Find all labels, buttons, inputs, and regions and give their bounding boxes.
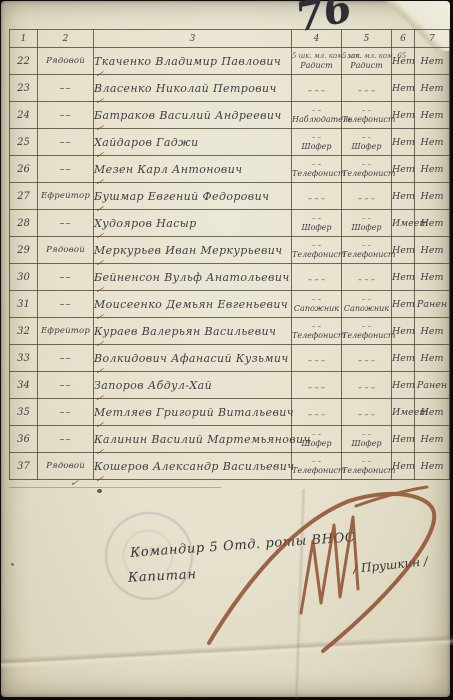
col4-top-text: – – – xyxy=(292,356,341,365)
name-cell: ✓Бейненсон Вульф Анатольевич xyxy=(94,264,292,291)
column-header: 1 xyxy=(10,30,38,48)
col4-cell: – – Телефонист xyxy=(292,156,342,183)
col5-cell: – – Телефонист xyxy=(342,156,392,183)
person-name: Кошеров Александр Васильевич xyxy=(94,460,294,473)
col5-cell: – – Шофер xyxy=(342,210,392,237)
column-header: 2 xyxy=(38,30,94,48)
col7-cell: Нет xyxy=(415,129,450,156)
col6-cell: Нет xyxy=(392,426,415,453)
col4-top-text: – – xyxy=(292,457,341,466)
col4-top-text: – – xyxy=(292,322,341,331)
row-number: 27 xyxy=(10,183,38,210)
name-cell: ✓Худояров Насыр xyxy=(94,210,292,237)
table-row: 35 –– ✓Метляев Григорий Витальевич – – –… xyxy=(10,399,450,426)
name-cell: ✓Бушмар Евгений Федорович xyxy=(94,183,292,210)
col4-cell: – – Шофер xyxy=(292,129,342,156)
col7-cell: Нет xyxy=(415,453,450,480)
col5-cell: – – – xyxy=(342,345,392,372)
col4-specialty: Радист xyxy=(292,61,341,71)
col6-cell: Имеет xyxy=(392,399,415,426)
col7-cell: Нет xyxy=(415,75,450,102)
scan-background: 76 1234567 22 Рядовой ✓Ткаченко Владимир… xyxy=(0,0,453,700)
col5-top-text: – – xyxy=(342,133,391,142)
person-name: Меркурьев Иван Меркурьевич xyxy=(94,244,283,257)
rank-cell: –– xyxy=(38,102,94,129)
col4-cell: 5 шк. мл. ком. зап. Радист xyxy=(292,48,342,75)
col4-specialty: Наблюдатель xyxy=(292,115,341,125)
name-cell: ✓Кураев Валерьян Васильевич xyxy=(94,318,292,345)
table-row: 33 –– ✓Волкидович Афанасий Кузьмич – – –… xyxy=(10,345,450,372)
col6-cell: Нет xyxy=(392,75,415,102)
column-header: 6 xyxy=(392,30,415,48)
roster-table: 1234567 22 Рядовой ✓Ткаченко Владимир Па… xyxy=(9,29,450,480)
col4-top-text: – – – xyxy=(292,194,341,203)
col4-cell: – – Наблюдатель xyxy=(292,102,342,129)
col5-cell: – – Шофер xyxy=(342,129,392,156)
table-row: 27 Ефрейтор ✓Бушмар Евгений Федорович – … xyxy=(10,183,450,210)
column-header: 5 xyxy=(342,30,392,48)
col4-specialty: Шофер xyxy=(292,223,341,233)
col5-specialty: Шофер xyxy=(342,142,391,152)
col4-cell: – – – xyxy=(292,372,342,399)
row-number: 24 xyxy=(10,102,38,129)
col5-top-text: – – xyxy=(342,295,391,304)
row-number: 32 xyxy=(10,318,38,345)
rank-cell: –– xyxy=(38,291,94,318)
col5-top-text: 5 шк. мл. ком. 65 xyxy=(342,52,391,61)
row-number: 33 xyxy=(10,345,38,372)
table-row: 28 –– ✓Худояров Насыр – – Шофер – – Шофе… xyxy=(10,210,450,237)
col7-cell: Нет xyxy=(415,183,450,210)
col5-cell: 5 шк. мл. ком. 65 Радист xyxy=(342,48,392,75)
col5-top-text: – – xyxy=(342,457,391,466)
col4-top-text: – – xyxy=(292,133,341,142)
col5-cell: – – – xyxy=(342,183,392,210)
rank-cell: –– xyxy=(38,426,94,453)
col7-cell: Ранен xyxy=(415,372,450,399)
col7-cell: Ранен xyxy=(415,291,450,318)
col5-top-text: – – xyxy=(342,322,391,331)
person-name: Калинин Василий Мартемьянович xyxy=(94,433,311,446)
rank-cell: –– xyxy=(38,372,94,399)
col6-cell: Нет xyxy=(392,372,415,399)
col5-top-text: – – xyxy=(342,214,391,223)
col4-specialty: Телефонист xyxy=(292,250,341,260)
col6-cell: Нет xyxy=(392,183,415,210)
col4-cell: – – Телефонист xyxy=(292,318,342,345)
ruled-line xyxy=(9,487,221,488)
person-name: Волкидович Афанасий Кузьмич xyxy=(94,352,289,365)
col7-cell: Нет xyxy=(415,156,450,183)
row-number: 37 xyxy=(10,453,38,480)
name-cell: ✓Запоров Абдул-Хай xyxy=(94,372,292,399)
col5-cell: – – Телефонист xyxy=(342,102,392,129)
col7-cell: Нет xyxy=(415,318,450,345)
ink-speck xyxy=(97,489,102,493)
name-cell: ✓Меркурьев Иван Меркурьевич xyxy=(94,237,292,264)
col5-top-text: – – – xyxy=(342,194,391,203)
row-number: 25 xyxy=(10,129,38,156)
person-name: Моисеенко Демьян Евгеньевич xyxy=(94,298,288,311)
name-cell: ✓Хайдаров Гаджи xyxy=(94,129,292,156)
col4-top-text: – – – xyxy=(292,383,341,392)
col4-top-text: – – xyxy=(292,214,341,223)
col5-specialty: Телефонист xyxy=(342,115,391,125)
col5-top-text: – – xyxy=(342,430,391,439)
name-cell: ✓Батраков Василий Андреевич xyxy=(94,102,292,129)
person-name: Ткаченко Владимир Павлович xyxy=(94,55,281,68)
col6-cell: Имеет xyxy=(392,210,415,237)
col5-cell: – – Сапожник xyxy=(342,291,392,318)
red-checkmark-icon: ✓ xyxy=(94,474,106,486)
person-name: Бейненсон Вульф Анатольевич xyxy=(94,271,290,284)
person-name: Мезен Карл Антонович xyxy=(94,163,242,176)
name-cell: ✓Калинин Василий Мартемьянович xyxy=(94,426,292,453)
col4-cell: – – Телефонист xyxy=(292,237,342,264)
table-row: 37 Рядовой ✓Кошеров Александр Васильевич… xyxy=(10,453,450,480)
col5-specialty: Телефонист xyxy=(342,331,391,341)
col5-cell: – – – xyxy=(342,264,392,291)
rank-cell: Рядовой xyxy=(38,48,94,75)
table-row: 31 –– ✓Моисеенко Демьян Евгеньевич – – С… xyxy=(10,291,450,318)
table-row: 30 –– ✓Бейненсон Вульф Анатольевич – – –… xyxy=(10,264,450,291)
col5-cell: – – – xyxy=(342,75,392,102)
col5-specialty: Телефонист xyxy=(342,169,391,179)
name-cell: ✓Моисеенко Демьян Евгеньевич xyxy=(94,291,292,318)
row-number: 30 xyxy=(10,264,38,291)
col4-cell: – – – xyxy=(292,345,342,372)
commander-surname: / Прушкин / xyxy=(352,554,428,576)
col6-cell: Нет xyxy=(392,237,415,264)
col5-specialty: Шофер xyxy=(342,439,391,449)
col4-specialty: Телефонист xyxy=(292,466,341,476)
col4-cell: – – Сапожник xyxy=(292,291,342,318)
header-row: 1234567 xyxy=(10,30,450,48)
table-row: 26 –– ✓Мезен Карл Антонович – – Телефони… xyxy=(10,156,450,183)
roster-rows: 22 Рядовой ✓Ткаченко Владимир Павлович 5… xyxy=(10,48,450,480)
rank-cell: –– xyxy=(38,399,94,426)
col4-top-text: – – – xyxy=(292,275,341,284)
table-row: 34 –– ✓Запоров Абдул-Хай – – – – – – Нет… xyxy=(10,372,450,399)
row-number: 34 xyxy=(10,372,38,399)
signature-block: ВНОС Командир 5 Отд. роты ВНОС Капитан /… xyxy=(1,496,453,656)
col4-top-text: – – xyxy=(292,160,341,169)
col6-cell: Нет xyxy=(392,453,415,480)
col5-top-text: – – – xyxy=(342,383,391,392)
name-cell: ✓Ткаченко Владимир Павлович xyxy=(94,48,292,75)
rank-cell: Рядовой xyxy=(38,237,94,264)
rank-cell: –– xyxy=(38,210,94,237)
row-number: 26 xyxy=(10,156,38,183)
col4-top-text: – – xyxy=(292,430,341,439)
name-cell: ✓Метляев Григорий Витальевич xyxy=(94,399,292,426)
col6-cell: Нет xyxy=(392,318,415,345)
col4-cell: – – – xyxy=(292,264,342,291)
col5-top-text: – – – xyxy=(342,356,391,365)
rank-cell: –– xyxy=(38,75,94,102)
col5-specialty: Сапожник xyxy=(342,304,391,314)
name-cell: ✓Мезен Карл Антонович xyxy=(94,156,292,183)
col4-top-text: – – xyxy=(292,241,341,250)
rank-cell: –– xyxy=(38,156,94,183)
table-row: 23 –– ✓Власенко Николай Петрович – – – –… xyxy=(10,75,450,102)
person-name: Бушмар Евгений Федорович xyxy=(94,190,269,203)
row-number: 23 xyxy=(10,75,38,102)
row-number: 35 xyxy=(10,399,38,426)
col6-cell: Нет xyxy=(392,264,415,291)
table-row: 25 –– ✓Хайдаров Гаджи – – Шофер – – Шофе… xyxy=(10,129,450,156)
rank-cell: –– xyxy=(38,129,94,156)
col5-specialty: Телефонист xyxy=(342,466,391,476)
rank-cell: Рядовой xyxy=(38,453,94,480)
col7-cell: Нет xyxy=(415,426,450,453)
col4-top-text: – – xyxy=(292,106,341,115)
col4-cell: – – – xyxy=(292,183,342,210)
col4-top-text: 5 шк. мл. ком. зап. xyxy=(292,52,341,61)
col5-top-text: – – – xyxy=(342,410,391,419)
table-row: 24 –– ✓Батраков Василий Андреевич – – На… xyxy=(10,102,450,129)
col5-top-text: – – xyxy=(342,160,391,169)
col4-cell: – – Телефонист xyxy=(292,453,342,480)
row-number: 28 xyxy=(10,210,38,237)
commander-rank: Капитан xyxy=(128,567,198,586)
col4-cell: – – – xyxy=(292,399,342,426)
name-cell: ✓Волкидович Афанасий Кузьмич xyxy=(94,345,292,372)
col5-top-text: – – – xyxy=(342,86,391,95)
col5-top-text: – – xyxy=(342,106,391,115)
col5-cell: – – – xyxy=(342,372,392,399)
col4-top-text: – – xyxy=(292,295,341,304)
column-header: 3 xyxy=(94,30,292,48)
col5-cell: – – Телефонист xyxy=(342,318,392,345)
col5-top-text: – – xyxy=(342,241,391,250)
person-name: Кураев Валерьян Васильевич xyxy=(94,325,276,338)
col5-cell: – – – xyxy=(342,399,392,426)
col5-cell: – – Шофер xyxy=(342,426,392,453)
col5-cell: – – Телефонист xyxy=(342,453,392,480)
col7-cell: Нет xyxy=(415,264,450,291)
rank-cell: Ефрейтор xyxy=(38,318,94,345)
row-number: 22 xyxy=(10,48,38,75)
col4-top-text: – – – xyxy=(292,410,341,419)
col6-cell: Нет xyxy=(392,291,415,318)
column-header: 7 xyxy=(415,30,450,48)
col5-specialty: Шофер xyxy=(342,223,391,233)
col4-specialty: Сапожник xyxy=(292,304,341,314)
person-name: Метляев Григорий Витальевич xyxy=(94,406,294,419)
document-page: 76 1234567 22 Рядовой ✓Ткаченко Владимир… xyxy=(1,1,450,697)
rank-cell: –– xyxy=(38,345,94,372)
col7-cell: Нет xyxy=(415,345,450,372)
person-name: Хайдаров Гаджи xyxy=(94,136,199,149)
col6-cell: Нет xyxy=(392,102,415,129)
col7-cell: Нет xyxy=(415,48,450,75)
name-cell: ✓Кошеров Александр Васильевич xyxy=(94,453,292,480)
person-name: Батраков Василий Андреевич xyxy=(94,109,282,122)
col5-specialty: Радист xyxy=(342,61,391,71)
col5-specialty: Телефонист xyxy=(342,250,391,260)
rank-cell: Ефрейтор xyxy=(38,183,94,210)
table-row: 22 Рядовой ✓Ткаченко Владимир Павлович 5… xyxy=(10,48,450,75)
col6-cell: Нет xyxy=(392,156,415,183)
col4-specialty: Телефонист xyxy=(292,169,341,179)
row-number: 29 xyxy=(10,237,38,264)
col4-cell: – – Шофер xyxy=(292,210,342,237)
col6-cell: Нет xyxy=(392,345,415,372)
col5-top-text: – – – xyxy=(342,275,391,284)
row-number: 36 xyxy=(10,426,38,453)
col6-cell: Нет xyxy=(392,129,415,156)
col4-specialty: Телефонист xyxy=(292,331,341,341)
name-cell: ✓Власенко Николай Петрович xyxy=(94,75,292,102)
row-number: 31 xyxy=(10,291,38,318)
rank-cell: –– xyxy=(38,264,94,291)
person-name: Власенко Николай Петрович xyxy=(94,82,277,95)
person-name: Худояров Насыр xyxy=(94,217,197,230)
col4-top-text: – – – xyxy=(292,86,341,95)
col4-cell: – – – xyxy=(292,75,342,102)
col7-cell: Нет xyxy=(415,102,450,129)
col7-cell: Нет xyxy=(415,237,450,264)
table-row: 32 Ефрейтор ✓Кураев Валерьян Васильевич … xyxy=(10,318,450,345)
person-name: Запоров Абдул-Хай xyxy=(94,379,212,392)
table-row: 29 Рядовой ✓Меркурьев Иван Меркурьевич –… xyxy=(10,237,450,264)
col4-specialty: Шофер xyxy=(292,142,341,152)
col5-cell: – – Телефонист xyxy=(342,237,392,264)
table-row: 36 –– ✓Калинин Василий Мартемьянович – –… xyxy=(10,426,450,453)
